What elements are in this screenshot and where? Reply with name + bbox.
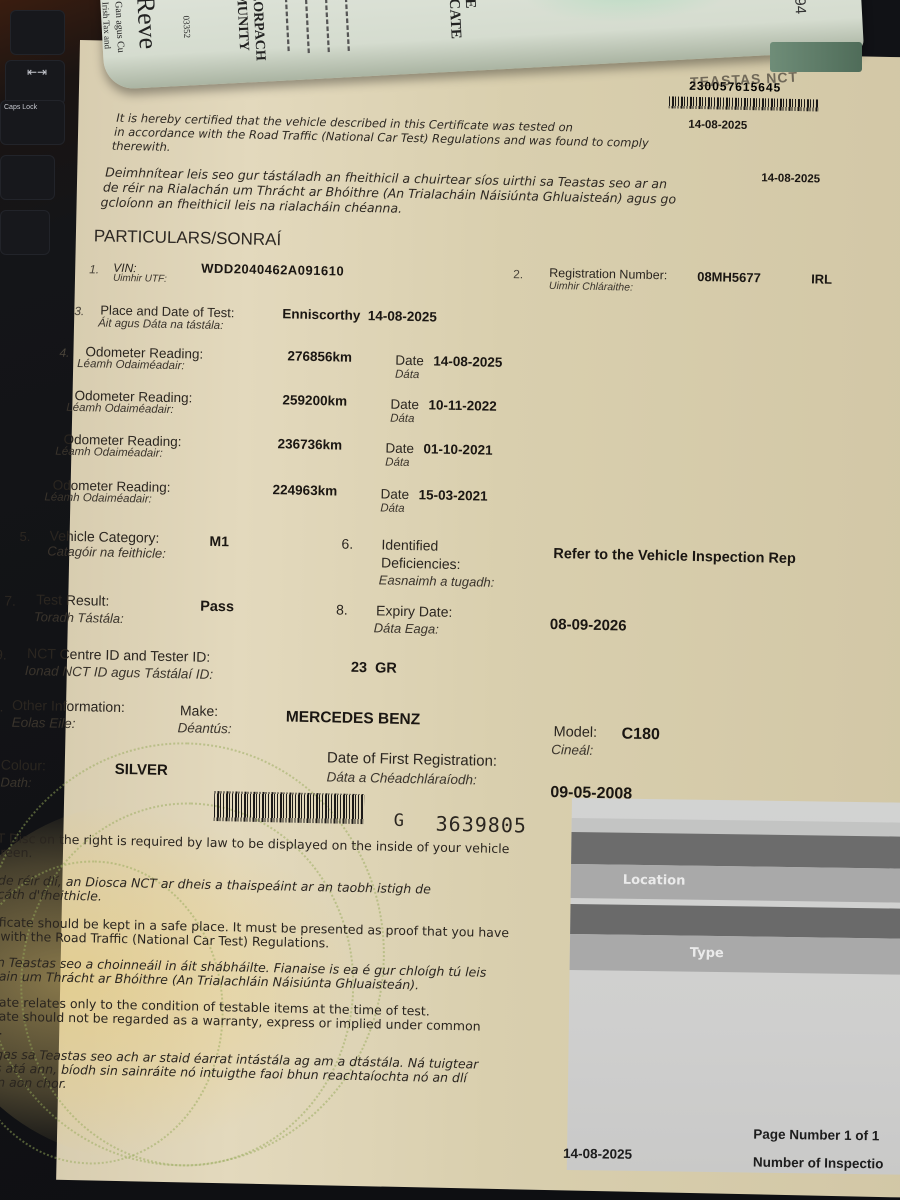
page-number: Page Number 1 of 1: [753, 1127, 879, 1144]
number-of-inspections: Number of Inspectio: [753, 1155, 884, 1172]
disc-fragment-text: 03352: [181, 15, 192, 38]
vin-label-ga: Uimhir UTF:: [113, 273, 167, 285]
field-number: 9.: [0, 646, 7, 662]
make-label: Make:: [180, 702, 218, 719]
odometer-date-label-ga: Dáta: [395, 369, 420, 382]
odometer-date-value: 15-03-2021: [418, 487, 487, 503]
disc-fragment-text: MUNITY: [232, 0, 251, 51]
disc-fragment-text: Irish Tax and: [100, 2, 112, 50]
odometer-reading-value: 236736km: [277, 436, 342, 452]
vehicle-inspection-report: Location Type Page Number 1 of 1 14-08-2…: [567, 798, 900, 1175]
field-number: 1.: [89, 262, 99, 276]
centre-value: 23 GR: [351, 660, 397, 677]
notice-line: dscreen.: [0, 844, 33, 860]
notice-line: nó in aon chor.: [0, 1074, 67, 1091]
report-location-band: Location: [571, 864, 900, 903]
intro-en-date: 14-08-2025: [688, 119, 747, 132]
model-value: C180: [621, 725, 660, 744]
expiry-label: Expiry Date:: [376, 602, 453, 620]
field-number: 7.: [4, 593, 16, 609]
report-type-band: Type: [570, 934, 900, 975]
report-header-band: [571, 832, 900, 869]
odometer-label-ga: Léamh Odaiméadair:: [55, 446, 163, 460]
disc-code-letter: G: [394, 811, 405, 831]
disc-fragment-text: Gan agus Cu: [112, 1, 126, 53]
category-value: M1: [209, 533, 229, 549]
colour-value: SILVER: [115, 761, 168, 779]
model-label-ga: Cineál:: [551, 742, 593, 758]
odometer-date-label: Date: [395, 353, 424, 369]
odometer-date-value: 14-08-2025: [433, 353, 502, 369]
report-date: 14-08-2025: [563, 1146, 632, 1162]
field-number: 6.: [341, 536, 353, 552]
disc-fragment-text: EORPACH: [248, 0, 268, 61]
field-number: 3.: [74, 304, 84, 318]
disc-serial-number: C17694: [789, 0, 809, 14]
first-registration-label: Date of First Registration:: [327, 749, 497, 770]
field-number: 5.: [19, 529, 30, 544]
place-date-label-ga: Áit agus Dáta na tástála:: [98, 317, 224, 332]
odometer-label-ga: Léamh Odaiméadair:: [44, 491, 152, 505]
disc-code-number: 3639805: [435, 812, 527, 838]
keyboard-key: Caps Lock: [0, 100, 65, 145]
registration-label-ga: Uimhir Chláraithe:: [549, 280, 633, 294]
notice-line: t all.: [0, 1022, 3, 1038]
green-watermark: [519, 0, 742, 28]
odometer-label-ga: Léamh Odaiméadair:: [66, 402, 174, 416]
odometer-date-label-ga: Dáta: [390, 413, 415, 426]
type-label: Type: [690, 946, 724, 961]
registration-value: 08MH5677: [697, 269, 761, 285]
deficiencies-label: Identified: [381, 536, 438, 553]
other-info-label: Other Information:: [12, 697, 125, 715]
disc-small-print: ▮▮▮▮▮▮▮▮▮▮▮: [299, 0, 312, 58]
deficiencies-value: Refer to the Vehicle Inspection Rep: [553, 546, 796, 567]
other-info-label-ga: Eolas Eile:: [12, 715, 76, 731]
odometer-label-ga: Léamh Odaiméadair:: [77, 358, 185, 372]
first-registration-label-ga: Dáta a Chéadchláraíodh:: [326, 769, 476, 787]
vin-value: WDD2040462A091610: [201, 261, 344, 279]
colour-label: Colour:: [1, 757, 46, 774]
section-title: PARTICULARS/SONRAÍ: [94, 226, 282, 250]
notice-line: thscáth d'fheithicle.: [0, 886, 102, 904]
keyboard-key: [0, 155, 55, 200]
field-number: 4.: [59, 346, 69, 360]
disc-small-print: ▮▮▮▮▮▮▮▮▮▮: [280, 0, 293, 63]
colour-label-ga: Dath:: [0, 774, 31, 790]
odometer-date-label-ga: Dáta: [385, 456, 410, 469]
field-number: 2.: [513, 267, 523, 281]
odometer-date-value: 10-11-2022: [428, 397, 497, 413]
serial-barcode: [669, 96, 819, 111]
odometer-reading-value: 224963km: [272, 482, 337, 498]
deficiencies-label-ga: Easnaimh a tugadh:: [379, 572, 495, 589]
disc-small-print: ▮▮▮▮▮▮▮▮▮▮▮: [319, 0, 332, 57]
tab-arrows-icon: ⇤⇥: [27, 68, 47, 76]
result-value: Pass: [200, 599, 234, 616]
disc-small-print: ▮▮▮▮▮▮▮▮▮▮▮: [339, 0, 352, 55]
category-label-ga: Catagóir na feithicle:: [47, 543, 166, 560]
intro-ga-date: 14-08-2025: [761, 172, 820, 185]
registration-country: IRL: [811, 271, 832, 286]
field-number: 10.: [0, 698, 4, 714]
caps-lock-label: Caps Lock: [4, 104, 37, 112]
make-value: MERCEDES BENZ: [286, 708, 421, 729]
keyboard-key: [0, 210, 50, 255]
odometer-date-value: 01-10-2021: [423, 441, 492, 457]
result-label-ga: Toradh Tástála:: [34, 609, 124, 626]
odometer-reading-value: 276856km: [287, 348, 352, 364]
odometer-date-label-ga: Dáta: [380, 502, 405, 515]
odometer-reading-value: 259200km: [282, 392, 347, 408]
place-date-value: Enniscorthy 14-08-2025: [282, 306, 437, 324]
model-label: Model:: [553, 724, 597, 741]
field-number: 8.: [336, 601, 348, 617]
intro-en-line: therewith.: [112, 139, 171, 154]
disc-fragment-text: THE: [460, 0, 479, 9]
deficiencies-label: Deficiencies:: [381, 554, 461, 572]
keyboard-key: ⇤⇥: [5, 60, 65, 105]
disc-fragment-text: IFICATE: [444, 0, 464, 39]
disc-fragment-text: Reve: [130, 0, 163, 50]
disc-barcode: [214, 791, 365, 824]
result-label: Test Result:: [36, 591, 109, 609]
expiry-label-ga: Dáta Eaga:: [374, 620, 439, 636]
odometer-date-label: Date: [390, 397, 419, 413]
keyboard-key: [10, 10, 65, 55]
location-label: Location: [623, 873, 686, 889]
odometer-date-label: Date: [380, 486, 409, 502]
odometer-date-label: Date: [385, 440, 414, 456]
make-label-ga: Déantús:: [177, 720, 231, 736]
expiry-value: 08-09-2026: [550, 616, 627, 635]
